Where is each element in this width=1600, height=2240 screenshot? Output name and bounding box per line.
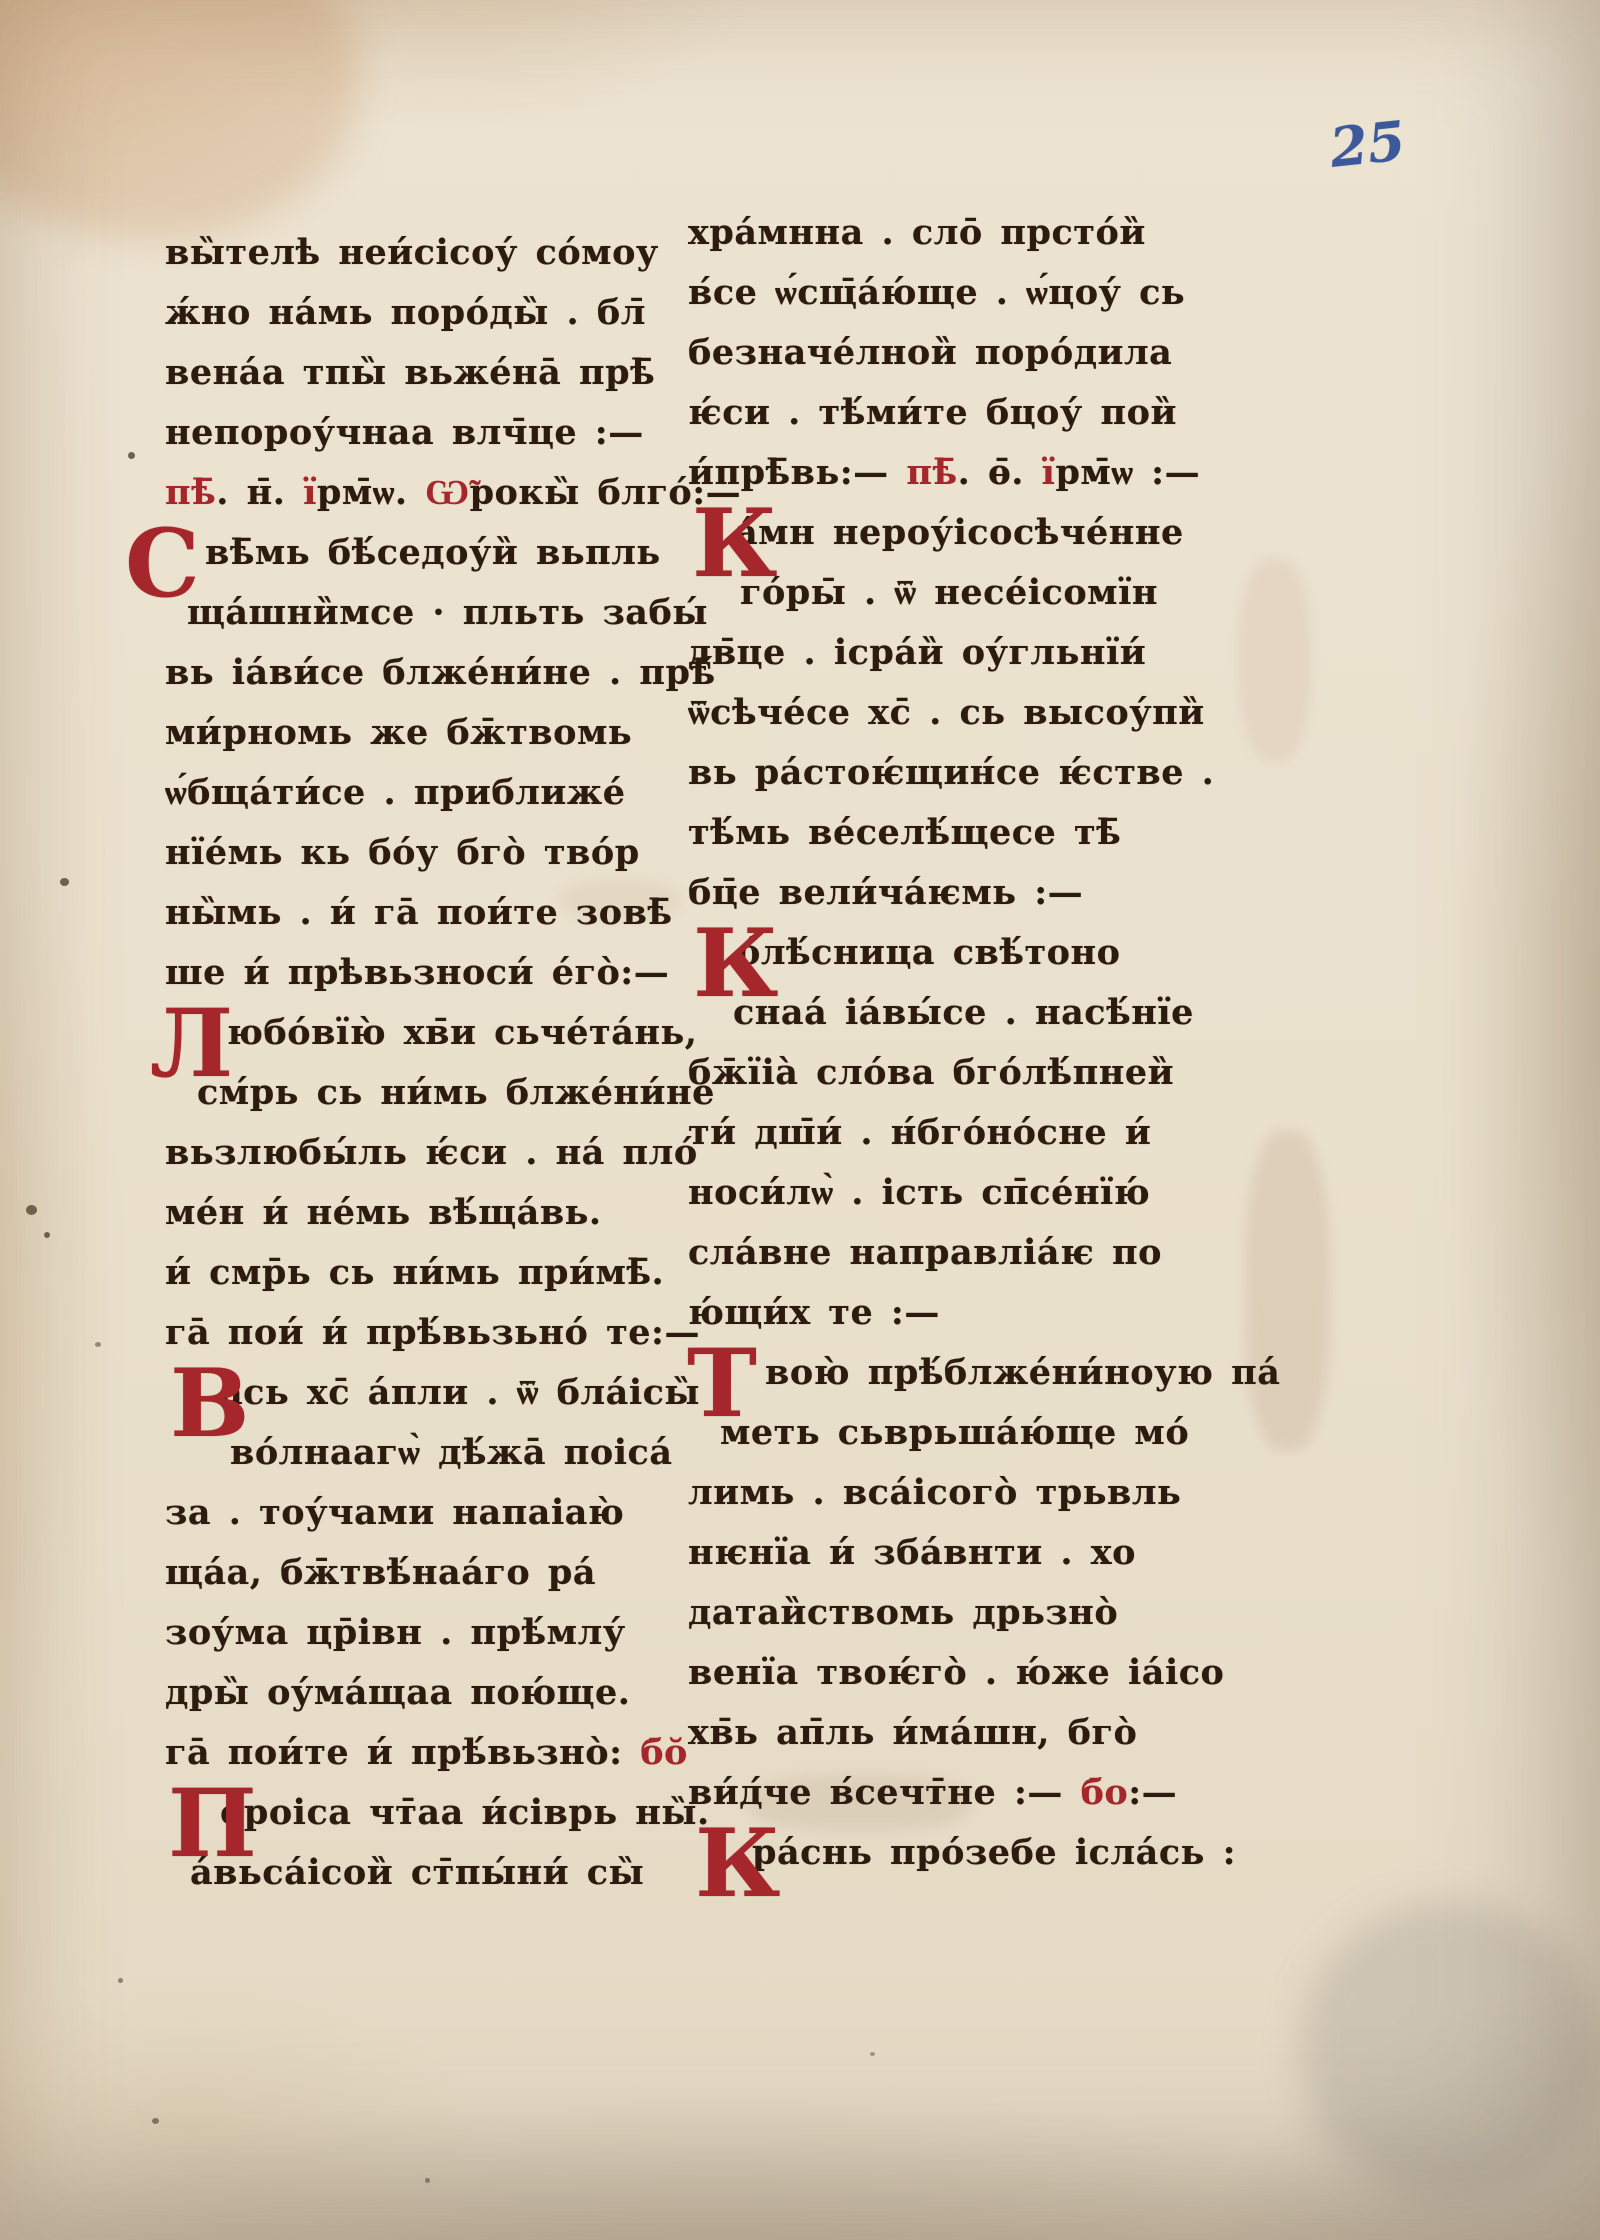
corner-stain bbox=[1300, 1900, 1600, 2200]
body-text: га̄ пои́ и́ прѣ́вьзьно́ те:— bbox=[165, 1312, 700, 1353]
body-text: га̄ пои́те и́ прѣ́вьзно̀: bbox=[165, 1732, 640, 1773]
text-line: бж̄їіа̀ сло́ва бго́лѣ́пнеи̏ bbox=[688, 1045, 1243, 1105]
ink-speck bbox=[44, 1232, 50, 1238]
text-line: и́ смр̄ь сь ни́мь при́мѣ̄. bbox=[165, 1245, 670, 1305]
text-line: вь іа́ви́се блже́ни́не . прѣ́ bbox=[165, 645, 670, 705]
text-line: меть сьврьша́ю́ще мо́ bbox=[688, 1405, 1243, 1465]
text-line: нїе́мь кь бо́у бго̀ тво́р bbox=[165, 825, 670, 885]
text-line: го́ры̄ . ѿ несе́ісомїн bbox=[688, 565, 1243, 625]
body-text: безначе́лнои̏ поро́дила bbox=[688, 332, 1172, 373]
ink-speck bbox=[128, 452, 135, 459]
text-line: Кра́снь про́зебе ісла́сь : bbox=[688, 1825, 1243, 1885]
body-text: вена́а тпы̏ вьже́на̄ прѣ̄ bbox=[165, 352, 655, 393]
text-line: нѥнїа и́ зба́внти . хо bbox=[688, 1525, 1243, 1585]
text-line: снаа́ іа́вы́се . насѣ́нїе bbox=[688, 985, 1243, 1045]
text-line: лимь . вса́ісого̀ трьвль bbox=[688, 1465, 1243, 1525]
body-text: :— bbox=[1128, 1772, 1177, 1813]
ink-speck bbox=[152, 2118, 159, 2124]
text-line: ща́шни̏мсе · пльть забы́ bbox=[165, 585, 670, 645]
body-text: снаа́ іа́вы́се . насѣ́нїе bbox=[733, 992, 1194, 1033]
bleedthrough-stain bbox=[1245, 1130, 1330, 1450]
body-text: датаи̏ствомь дрьзно̀ bbox=[688, 1592, 1118, 1633]
text-line: см́рь сь ни́мь блже́ни́не bbox=[165, 1065, 670, 1125]
text-line: Свѣ̄мь бѣ́седоу́и̏ вьпль bbox=[165, 525, 670, 585]
body-text: . н̄. bbox=[216, 472, 303, 513]
text-line: вы̏телѣ неи́сісоу́ со́моу bbox=[165, 225, 670, 285]
body-text: ась хс̄ а́пли . ѿ бла́ісы̏ bbox=[220, 1372, 700, 1413]
body-text: ѡ́бща́ти́се . приближе́ bbox=[165, 772, 625, 813]
text-line: пѣ̄. н̄. їрм̄ѡ. Ѡ̃рокы̏ блго́:— bbox=[165, 465, 670, 525]
body-text: о́лѣ́сница свѣ́тоно bbox=[737, 932, 1120, 973]
body-text: ю́щи́х те :— bbox=[688, 1292, 940, 1333]
body-text: венїа твоѥ́го̀ . ю́же іа́ісо bbox=[688, 1652, 1224, 1693]
ink-speck bbox=[118, 1978, 123, 1983]
body-text: во́лнаагѡ̀ дѣ́жа̄ поіса́ bbox=[230, 1432, 673, 1473]
body-text: ше и́ прѣвьзноси́ е́го̀:— bbox=[165, 952, 669, 993]
rubric-text: пѣ̄ bbox=[906, 452, 957, 493]
body-text: рм̄ѡ. bbox=[317, 472, 425, 513]
body-text: ща́а, бж̄твѣ́наа́го ра́ bbox=[165, 1552, 596, 1593]
text-line: вьзлюбы́ль ѥ́си . на́ пло́ bbox=[165, 1125, 670, 1185]
text-line: Любо́вїю̀ хв̄и сьче́та́нь, bbox=[165, 1005, 670, 1065]
text-line: ѥ́си . тѣ́ми́те бцоу́ пои̏ bbox=[688, 385, 1243, 445]
text-line: безначе́лнои̏ поро́дила bbox=[688, 325, 1243, 385]
bleedthrough-stain bbox=[1240, 560, 1310, 760]
text-line: ѿсѣче́се хс̄ . сь высоу́пи̏ bbox=[688, 685, 1243, 745]
text-line: По́роіса чт̄аа и́сіврь ны̏. bbox=[165, 1785, 670, 1845]
folio-number: 25 bbox=[1327, 108, 1408, 180]
body-text: вь ра́стоѥ́щин́се ѥ́стве . bbox=[688, 752, 1214, 793]
body-text: ж́но на́мь поро́ды̏ . бл̄ bbox=[165, 292, 646, 333]
text-line: датаи̏ствомь дрьзно̀ bbox=[688, 1585, 1243, 1645]
text-line: дв̄це . ісра́и̏ оу́гльнїи́ bbox=[688, 625, 1243, 685]
rubric-text: б̄о̆ bbox=[640, 1732, 688, 1773]
rubric-text: Ѡ̃ bbox=[425, 472, 469, 513]
body-text: носи́лѡ̀ . ість сп̄се́нїю́ bbox=[688, 1172, 1150, 1213]
text-line: в́се ѡ́сщ̄а́ю́ще . ѡ́цоу́ сь bbox=[688, 265, 1243, 325]
manuscript-column-right: хра́мнна . сло̄ прсто́и̏в́се ѡ́сщ̄а́ю́ще… bbox=[688, 205, 1243, 1885]
text-line: Ко́лѣ́сница свѣ́тоно bbox=[688, 925, 1243, 985]
body-text: ра́снь про́зебе ісла́сь : bbox=[752, 1832, 1236, 1873]
text-line: ми́рномь же бж̄твомь bbox=[165, 705, 670, 765]
rubric-initial: К bbox=[695, 1817, 781, 1911]
body-text: хв̄ь ап̄ль и́ма́шн, бго̀ bbox=[688, 1712, 1137, 1753]
body-text: ѥ́си . тѣ́ми́те бцоу́ пои̏ bbox=[688, 392, 1177, 433]
body-text: нѥнїа и́ зба́внти . хо bbox=[688, 1532, 1136, 1573]
body-text: вы̏телѣ неи́сісоу́ со́моу bbox=[165, 232, 659, 273]
text-line: носи́лѡ̀ . ість сп̄се́нїю́ bbox=[688, 1165, 1243, 1225]
body-text: и́ смр̄ь сь ни́мь при́мѣ̄. bbox=[165, 1252, 664, 1293]
body-text: ме́н и́ не́мь вѣ́ща́вь. bbox=[165, 1192, 602, 1233]
body-text: ѿсѣче́се хс̄ . сь высоу́пи̏ bbox=[688, 692, 1205, 733]
body-text: рм̄ѡ :— bbox=[1055, 452, 1200, 493]
body-text: вѣ̄мь бѣ́седоу́и̏ вьпль bbox=[205, 532, 661, 573]
text-line: Твою̀ прѣ́блже́ни́ноую па́ bbox=[688, 1345, 1243, 1405]
rubric-text: ї bbox=[303, 472, 317, 513]
body-text: а́вьса́ісои̏ ст̄пы́ни́ сы̏ bbox=[190, 1852, 644, 1893]
body-text: см́рь сь ни́мь блже́ни́не bbox=[197, 1072, 715, 1113]
body-text: нїе́мь кь бо́у бго̀ тво́р bbox=[165, 832, 640, 873]
body-text: непороу́чнаа влч̄це :— bbox=[165, 412, 644, 453]
body-text: зоу́ма цр̄івн . прѣ́млу́ bbox=[165, 1612, 626, 1653]
body-text: лимь . вса́ісого̀ трьвль bbox=[688, 1472, 1181, 1513]
text-line: вь ра́стоѥ́щин́се ѥ́стве . bbox=[688, 745, 1243, 805]
ink-speck bbox=[95, 1342, 101, 1347]
body-text: бж̄їіа̀ сло́ва бго́лѣ́пнеи̏ bbox=[688, 1052, 1174, 1093]
text-line: вена́а тпы̏ вьже́на̄ прѣ̄ bbox=[165, 345, 670, 405]
manuscript-column-left: вы̏телѣ неи́сісоу́ со́моуж́но на́мь поро… bbox=[165, 225, 670, 1905]
body-text: о́роіса чт̄аа и́сіврь ны̏. bbox=[220, 1792, 710, 1833]
manuscript-page: 25 вы̏телѣ неи́сісоу́ со́моуж́но на́мь п… bbox=[0, 0, 1600, 2240]
body-text: дры̏ оу́ма́щаа пою́ще. bbox=[165, 1672, 631, 1713]
ink-speck bbox=[60, 878, 69, 886]
body-text: и́прѣ̄вь:— bbox=[688, 452, 906, 493]
body-text: сла́вне направліа́ѥ по bbox=[688, 1232, 1162, 1273]
body-text: меть сьврьша́ю́ще мо́ bbox=[720, 1412, 1189, 1453]
body-text: юбо́вїю̀ хв̄и сьче́та́нь, bbox=[227, 1012, 697, 1053]
body-text: в́се ѡ́сщ̄а́ю́ще . ѡ́цоу́ сь bbox=[688, 272, 1185, 313]
ink-speck bbox=[870, 2052, 875, 2056]
text-line: ща́а, бж̄твѣ́наа́го ра́ bbox=[165, 1545, 670, 1605]
text-line: во́лнаагѡ̀ дѣ́жа̄ поіса́ bbox=[165, 1425, 670, 1485]
body-text: ти́ дш̄и́ . н́бго́но́сне и́ bbox=[688, 1112, 1151, 1153]
text-line: венїа твоѥ́го̀ . ю́же іа́ісо bbox=[688, 1645, 1243, 1705]
text-line: зоу́ма цр̄івн . прѣ́млу́ bbox=[165, 1605, 670, 1665]
text-line: непороу́чнаа влч̄це :— bbox=[165, 405, 670, 465]
body-text: вою̀ прѣ́блже́ни́ноую па́ bbox=[765, 1352, 1280, 1393]
text-line: ѡ́бща́ти́се . приближе́ bbox=[165, 765, 670, 825]
ink-speck bbox=[425, 2178, 430, 2183]
body-text: ми́рномь же бж̄твомь bbox=[165, 712, 632, 753]
text-line: ти́ дш̄и́ . н́бго́но́сне и́ bbox=[688, 1105, 1243, 1165]
text-line: а́вьса́ісои̏ ст̄пы́ни́ сы̏ bbox=[165, 1845, 670, 1905]
body-text: хра́мнна . сло̄ прсто́и̏ bbox=[688, 212, 1146, 253]
rubric-text: б̄о bbox=[1081, 1772, 1129, 1813]
body-text: за . тоу́чами напаіаю̀ bbox=[165, 1492, 624, 1533]
body-text: вь іа́ви́се блже́ни́не . прѣ́ bbox=[165, 652, 716, 693]
body-text: вьзлюбы́ль ѥ́си . на́ пло́ bbox=[165, 1132, 698, 1173]
body-text: а́мн нероу́ісосѣче́нне bbox=[735, 512, 1184, 553]
text-line: за . тоу́чами напаіаю̀ bbox=[165, 1485, 670, 1545]
text-line: сла́вне направліа́ѥ по bbox=[688, 1225, 1243, 1285]
body-text: ща́шни̏мсе · пльть забы́ bbox=[187, 592, 708, 633]
text-line: Ка́мн нероу́ісосѣче́нне bbox=[688, 505, 1243, 565]
text-line: Вась хс̄ а́пли . ѿ бла́ісы̏ bbox=[165, 1365, 670, 1425]
body-text: ви́д́че в́сечт̄не :— bbox=[688, 1772, 1081, 1813]
rubric-text: пѣ̄ bbox=[165, 472, 216, 513]
ink-speck bbox=[26, 1205, 37, 1215]
body-text: . ѳ̄. bbox=[958, 452, 1042, 493]
text-line: тѣ́мь ве́селѣ́щесе тѣ̄ bbox=[688, 805, 1243, 865]
text-line: ше и́ прѣвьзноси́ е́го̀:— bbox=[165, 945, 670, 1005]
body-text: бц̄е вели́ча́ѥмь :— bbox=[688, 872, 1083, 913]
corner-stain bbox=[0, 0, 360, 240]
text-line: ме́н и́ не́мь вѣ́ща́вь. bbox=[165, 1185, 670, 1245]
text-line: хра́мнна . сло̄ прсто́и̏ bbox=[688, 205, 1243, 265]
body-text: тѣ́мь ве́селѣ́щесе тѣ̄ bbox=[688, 812, 1121, 853]
body-text: го́ры̄ . ѿ несе́ісомїн bbox=[740, 572, 1158, 613]
body-text: дв̄це . ісра́и̏ оу́гльнїи́ bbox=[688, 632, 1146, 673]
body-text: ны̏мь . и́ га̄ пои́те зовѣ̄ bbox=[165, 892, 673, 933]
text-line: ны̏мь . и́ га̄ пои́те зовѣ̄ bbox=[165, 885, 670, 945]
rubric-text: ї bbox=[1042, 452, 1056, 493]
text-line: хв̄ь ап̄ль и́ма́шн, бго̀ bbox=[688, 1705, 1243, 1765]
text-line: дры̏ оу́ма́щаа пою́ще. bbox=[165, 1665, 670, 1725]
text-line: ю́щи́х те :— bbox=[688, 1285, 1243, 1345]
text-line: ж́но на́мь поро́ды̏ . бл̄ bbox=[165, 285, 670, 345]
